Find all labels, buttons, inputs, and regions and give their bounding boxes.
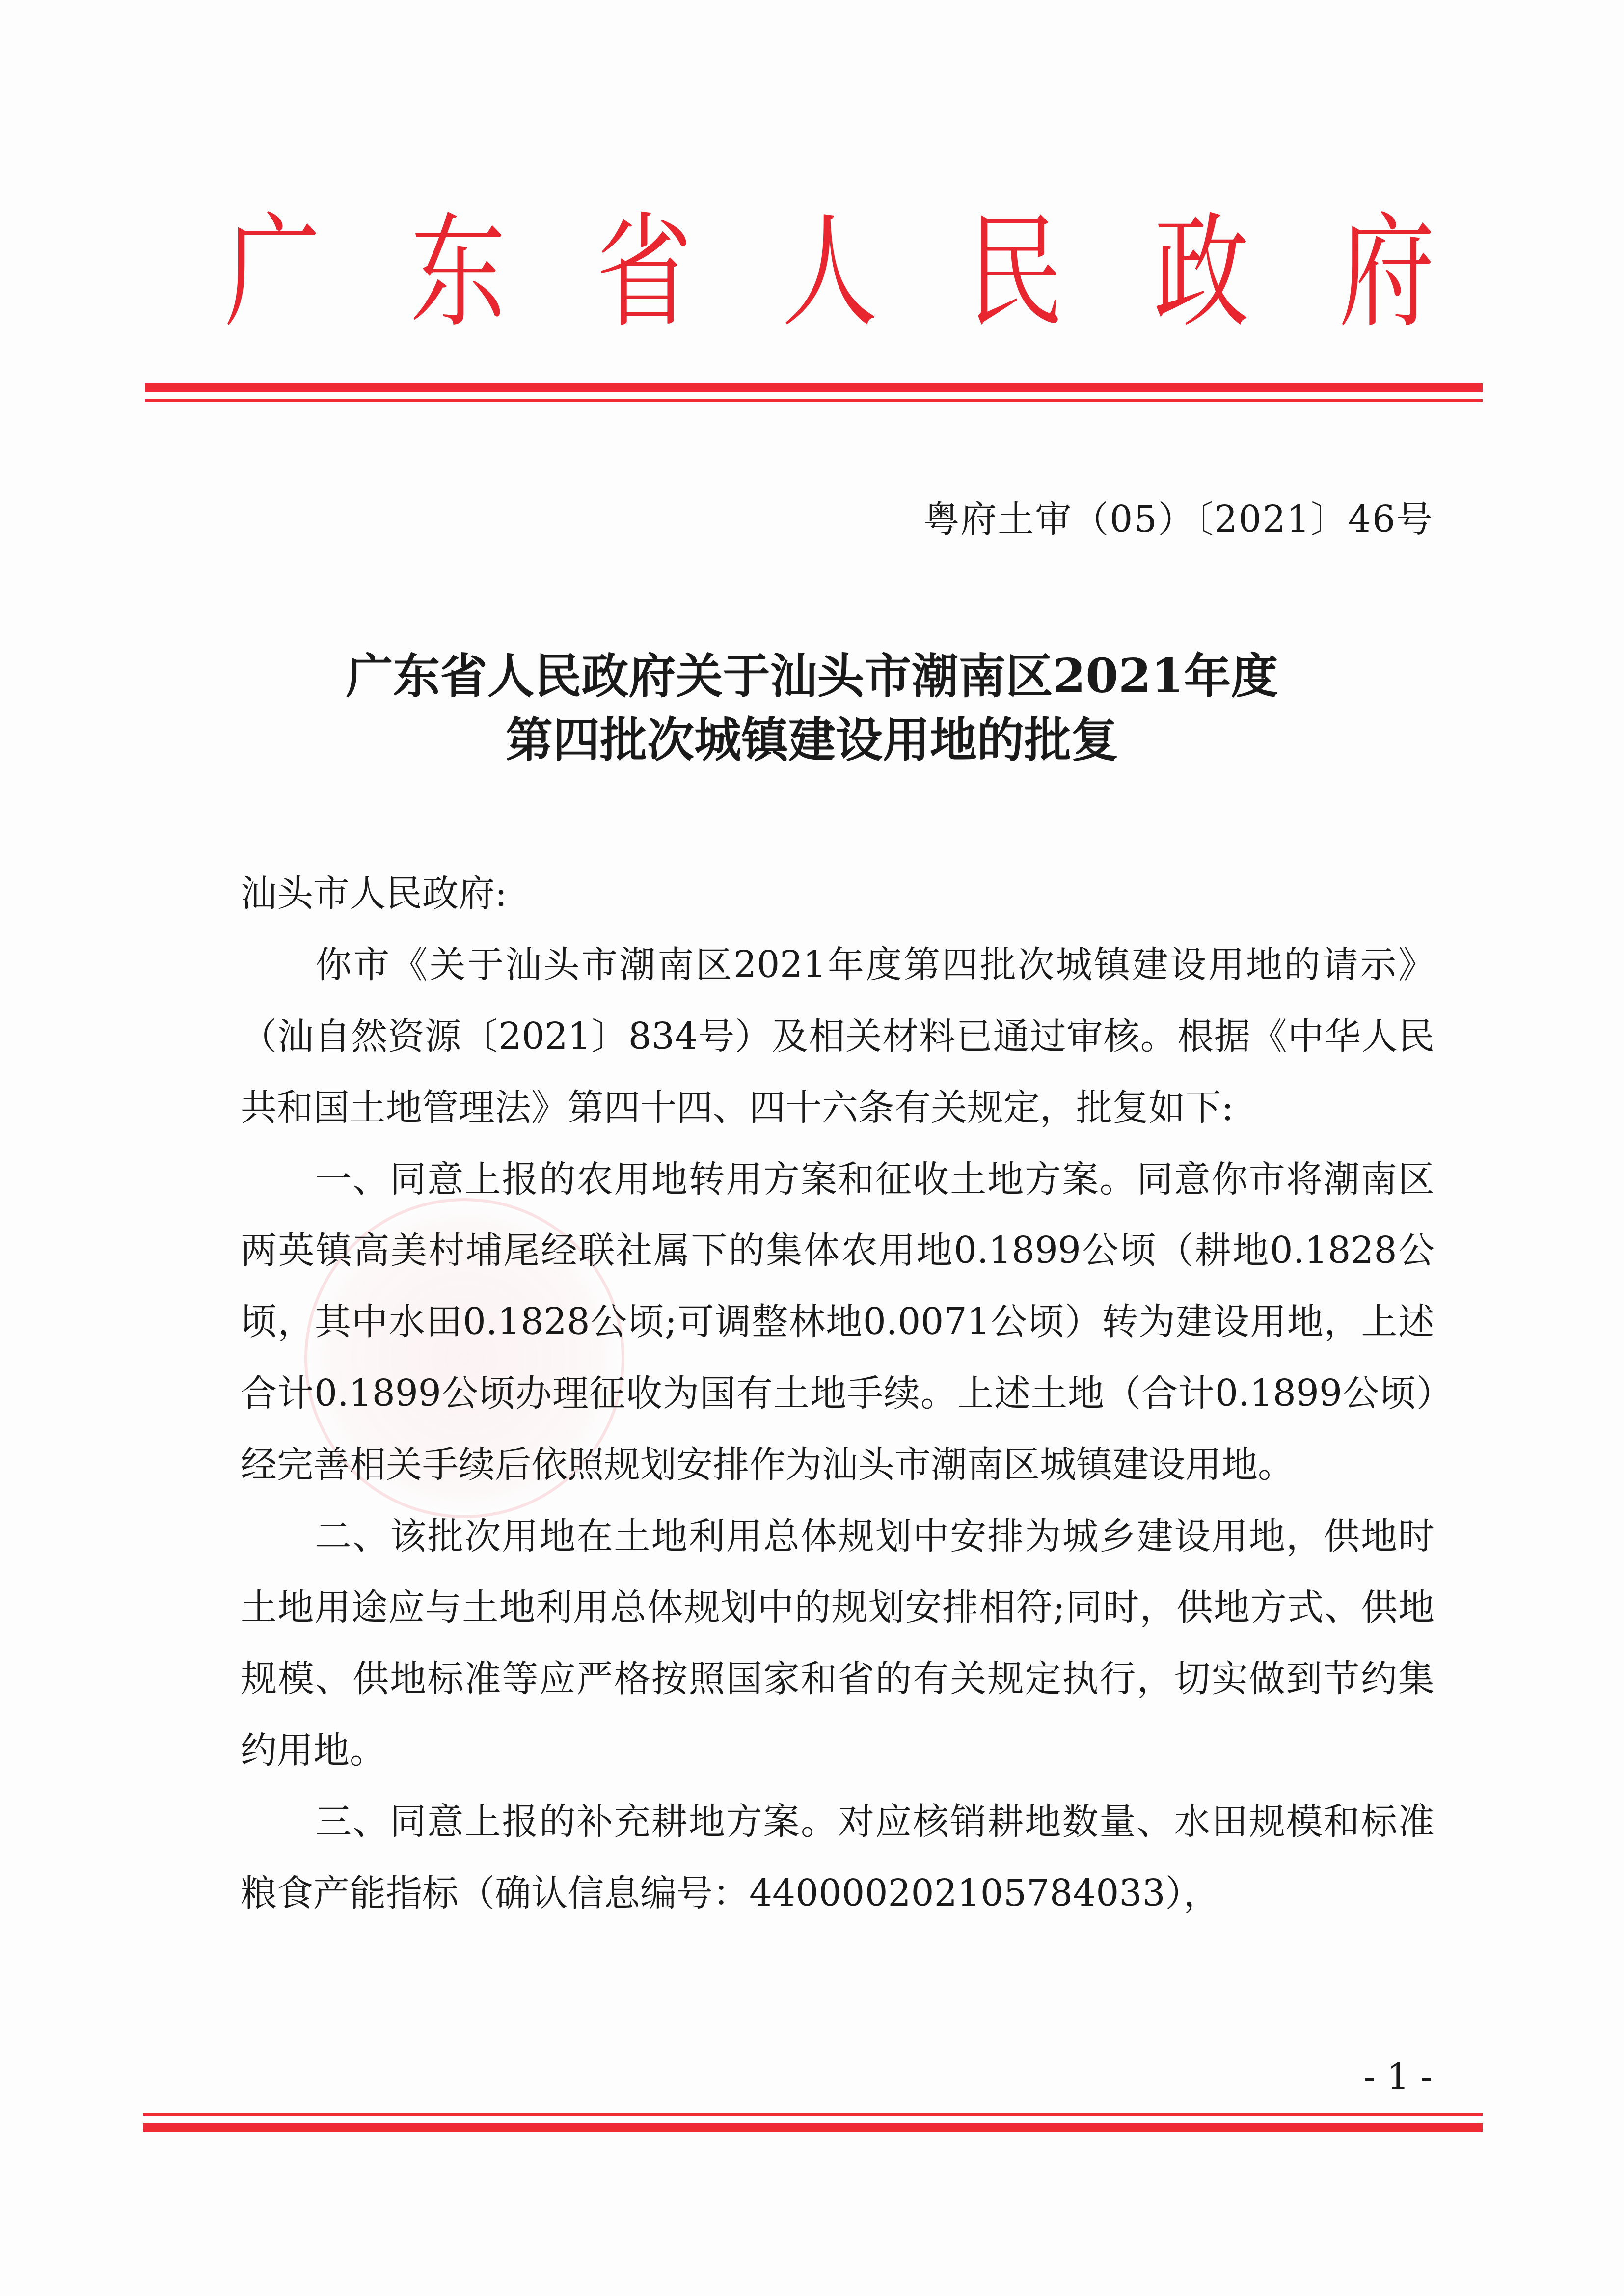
paragraph-intro: 你市《关于汕头市潮南区2021年度第四批次城镇建设用地的请示》（汕自然资源〔20… xyxy=(241,929,1435,1144)
footer-rule-thick xyxy=(143,2123,1483,2132)
document-title-line-2: 第四批次城镇建设用地的批复 xyxy=(147,708,1477,772)
masthead-char: 政 xyxy=(1153,211,1249,334)
document-title-line-1: 广东省人民政府关于汕头市潮南区2021年度 xyxy=(147,644,1477,708)
header-rule-thick xyxy=(145,383,1483,392)
addressee: 汕头市人民政府: xyxy=(241,858,1435,929)
masthead-char: 府 xyxy=(1339,211,1435,334)
document-number: 粤府土审（05）〔2021〕46号 xyxy=(923,495,1434,544)
masthead-char: 东 xyxy=(410,211,506,334)
footer-rule-thin xyxy=(143,2113,1483,2116)
paragraph-item-2: 二、该批次用地在土地利用总体规划中安排为城乡建设用地，供地时土地用途应与土地利用… xyxy=(241,1501,1435,1787)
paragraph-item-1: 一、同意上报的农用地转用方案和征收土地方案。同意你市将潮南区两英镇高美村埔尾经联… xyxy=(241,1144,1435,1501)
masthead-char: 广 xyxy=(225,211,321,334)
masthead-char: 人 xyxy=(782,211,877,334)
document-body: 汕头市人民政府: 你市《关于汕头市潮南区2021年度第四批次城镇建设用地的请示》… xyxy=(241,858,1435,1929)
paragraph-item-3: 三、同意上报的补充耕地方案。对应核销耕地数量、水田规模和标准粮食产能指标（确认信… xyxy=(241,1786,1435,1929)
masthead-char: 民 xyxy=(968,211,1063,334)
header-rule-thin xyxy=(145,399,1483,402)
page-number: - 1 - xyxy=(1364,2052,1433,2102)
masthead-title: 广 东 省 人 民 政 府 xyxy=(211,199,1448,346)
masthead-char: 省 xyxy=(596,211,692,334)
